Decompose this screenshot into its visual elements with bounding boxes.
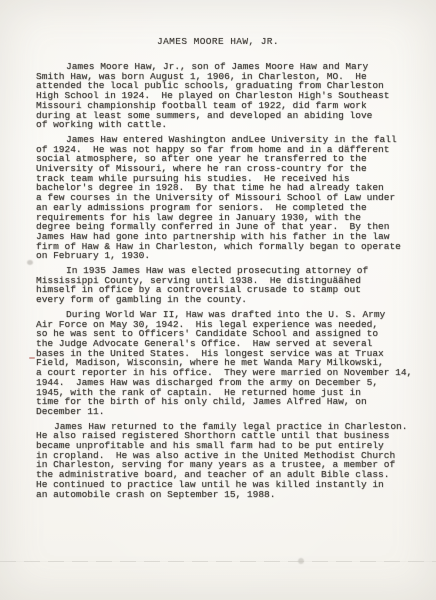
paragraph-early-life: James Moore Haw, Jr., son of James Moore…: [36, 62, 418, 130]
paragraph-later-life: James Haw returned to the family legal p…: [36, 422, 418, 500]
margin-red-tick-mark: [29, 357, 35, 359]
paragraph-prosecuting-attorney: In 1935 James Haw was elected prosecutin…: [36, 266, 418, 305]
document-body: James Moore Haw, Jr., son of James Moore…: [0, 47, 436, 499]
margin-smudge-mark: [27, 260, 33, 265]
paragraph-world-war-2: During World War II, Haw was drafted int…: [36, 310, 418, 417]
document-page: JAMES MOORE HAW, JR. James Moore Haw, Jr…: [0, 0, 436, 600]
paragraph-education: James Haw entered Washington andLee Univ…: [36, 135, 418, 261]
document-title: JAMES MOORE HAW, JR.: [0, 0, 436, 47]
fold-crease-blob: [298, 558, 304, 564]
fold-crease-line: [0, 561, 436, 562]
